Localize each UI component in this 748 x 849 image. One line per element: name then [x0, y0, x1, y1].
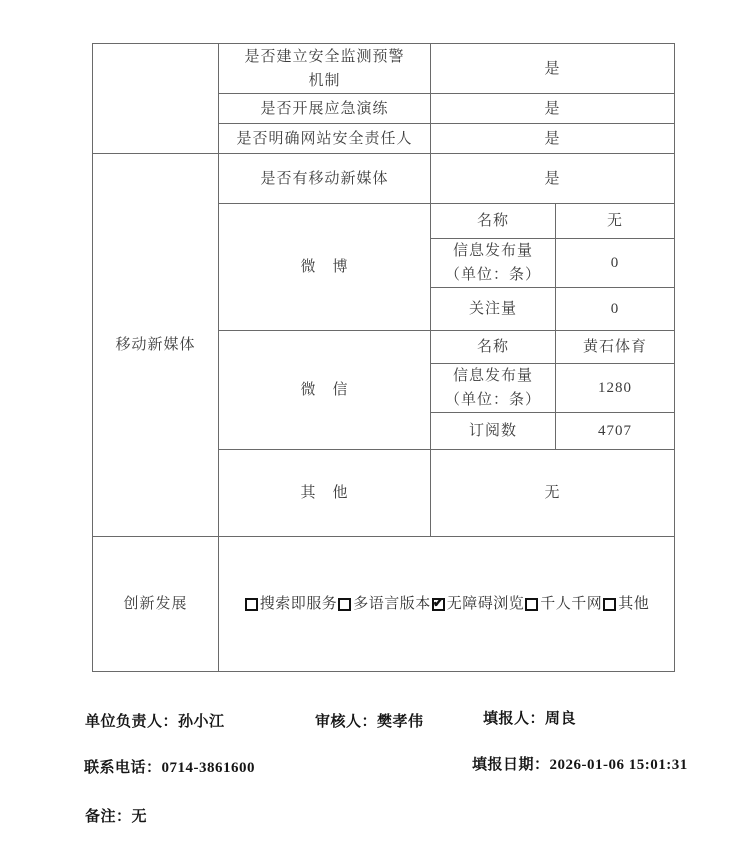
innovation-option-label: 搜索即服务	[260, 592, 338, 616]
weibo-name-value: 无	[556, 204, 675, 239]
weibo-posts-label: 信息发布量 （单位：条）	[431, 239, 556, 288]
weibo-name-label: 名称	[431, 204, 556, 239]
answer-emergency-drill: 是	[431, 94, 675, 124]
wechat-name-label: 名称	[431, 331, 556, 364]
wechat-posts-value: 1280	[556, 364, 675, 413]
other-media-label: 其 他	[219, 450, 431, 537]
reviewer-text: 审核人：樊孝伟	[315, 710, 424, 731]
report-date-text: 填报日期：2026-01-06 15:01:31	[472, 753, 688, 774]
innovation-option-label: 其他	[618, 592, 649, 616]
security-section-cell-empty	[93, 44, 219, 154]
weibo-posts-value: 0	[556, 239, 675, 288]
report-table: 是否建立安全监测预警 机制 是 是否开展应急演练 是 是否明确网站安全责任人 是…	[92, 43, 675, 672]
innovation-option-label: 无障碍浏览	[447, 592, 525, 616]
checkbox-multilang-icon[interactable]	[338, 598, 351, 611]
table-row: 创新发展 搜索即服务 多语言版本 无障碍浏览 千人千网	[93, 537, 675, 672]
question-security-officer: 是否明确网站安全责任人	[219, 124, 431, 154]
innovation-option-multilang: 多语言版本	[337, 592, 431, 616]
wechat-posts-label: 信息发布量 （单位：条）	[431, 364, 556, 413]
answer-security-officer: 是	[431, 124, 675, 154]
innovation-checkbox-row: 搜索即服务 多语言版本 无障碍浏览 千人千网 其他	[223, 592, 670, 616]
question-has-mobile-media: 是否有移动新媒体	[219, 154, 431, 204]
weibo-label: 微 博	[219, 204, 431, 331]
innovation-section-label: 创新发展	[93, 537, 219, 672]
innovation-option-qianren: 千人千网	[524, 592, 602, 616]
wechat-subs-value: 4707	[556, 413, 675, 450]
innovation-option-search: 搜索即服务	[244, 592, 338, 616]
wechat-subs-label: 订阅数	[431, 413, 556, 450]
checkbox-search-service-icon[interactable]	[245, 598, 258, 611]
checkbox-qianren-icon[interactable]	[525, 598, 538, 611]
innovation-option-other: 其他	[602, 592, 649, 616]
checkbox-other-icon[interactable]	[603, 598, 616, 611]
unit-head-text: 单位负责人：孙小江	[85, 710, 225, 731]
mobile-media-section-label: 移动新媒体	[93, 154, 219, 537]
table-row: 是否建立安全监测预警 机制 是	[93, 44, 675, 94]
contact-phone-text: 联系电话：0714-3861600	[84, 756, 255, 777]
innovation-options-cell: 搜索即服务 多语言版本 无障碍浏览 千人千网 其他	[219, 537, 675, 672]
wechat-name-value: 黄石体育	[556, 331, 675, 364]
question-emergency-drill: 是否开展应急演练	[219, 94, 431, 124]
other-media-value: 无	[431, 450, 675, 537]
weibo-followers-label: 关注量	[431, 288, 556, 331]
filler-text: 填报人：周良	[483, 707, 576, 728]
wechat-label: 微 信	[219, 331, 431, 450]
table-row: 移动新媒体 是否有移动新媒体 是	[93, 154, 675, 204]
innovation-option-label: 多语言版本	[353, 592, 431, 616]
innovation-option-accessibility: 无障碍浏览	[431, 592, 525, 616]
remark-text: 备注：无	[85, 805, 147, 826]
answer-security-monitor: 是	[431, 44, 675, 94]
innovation-option-label: 千人千网	[540, 592, 602, 616]
weibo-followers-value: 0	[556, 288, 675, 331]
answer-has-mobile-media: 是	[431, 154, 675, 204]
checkbox-accessibility-icon[interactable]	[432, 598, 445, 611]
question-security-monitor: 是否建立安全监测预警 机制	[219, 44, 431, 94]
